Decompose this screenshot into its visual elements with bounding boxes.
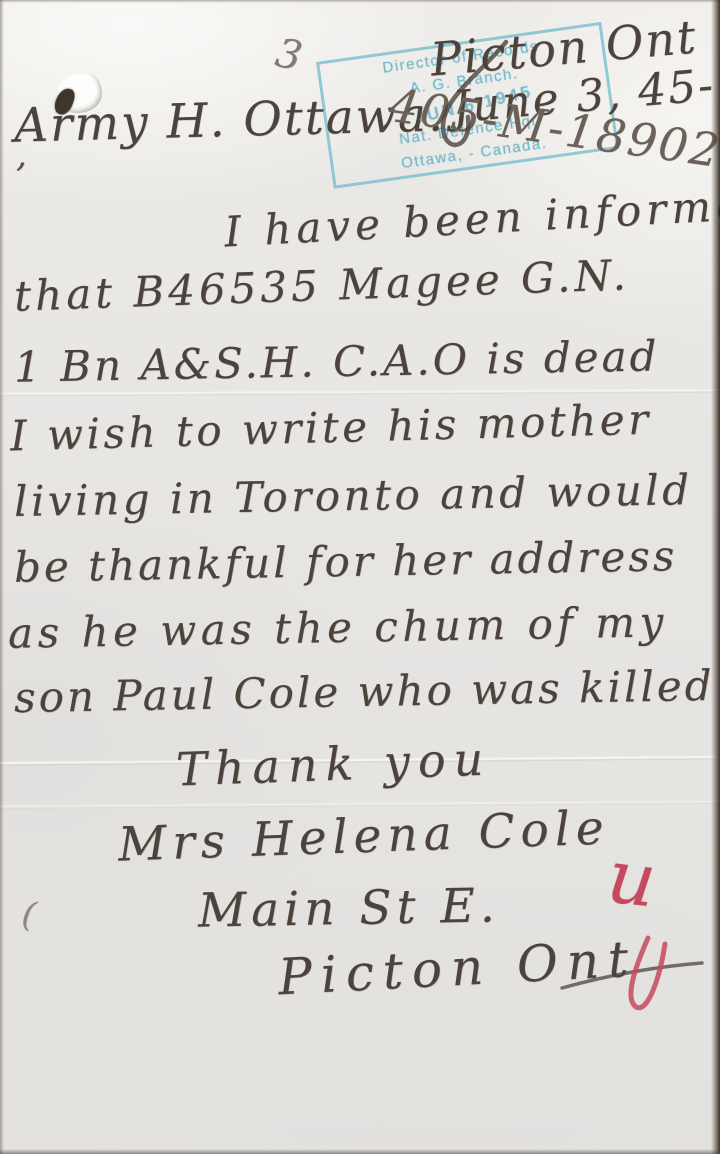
body-line-6: be thankful for her address — [14, 534, 678, 590]
closing-line: Thank you — [175, 735, 492, 794]
address-line-1: Main St E. — [198, 881, 500, 936]
body-line-1: I have been informed — [223, 182, 720, 255]
body-line-2: that B46535 Magee G.N. — [13, 253, 630, 319]
address-line-2: Picton Ont — [277, 933, 638, 1004]
photo-edge-top — [0, 0, 720, 3]
stray-ink-mark-bottom: ( — [20, 897, 38, 934]
fold-crease-lower-2 — [0, 799, 720, 809]
red-pencil-u-mark: u — [604, 839, 660, 918]
body-line-7: as he was the chum of my — [8, 600, 668, 656]
pencil-page-number: 3 — [272, 32, 306, 78]
photo-edge-left — [0, 0, 4, 1154]
letter-photo: Director of Records A. G. Branch. JUN 6 … — [0, 0, 720, 1154]
body-line-3: 1 Bn A&S.H. C.A.O is dead — [14, 334, 660, 389]
body-line-8: son Paul Cole who was killed — [14, 664, 715, 720]
photo-edge-right — [711, 0, 720, 1154]
stray-ink-mark-top: , — [16, 138, 27, 174]
body-line-4: I wish to write his mother — [10, 398, 653, 459]
signature-line: Mrs Helena Cole — [117, 803, 610, 869]
body-line-5: living in Toronto and would — [14, 468, 693, 524]
photo-edge-bottom — [0, 1149, 720, 1154]
